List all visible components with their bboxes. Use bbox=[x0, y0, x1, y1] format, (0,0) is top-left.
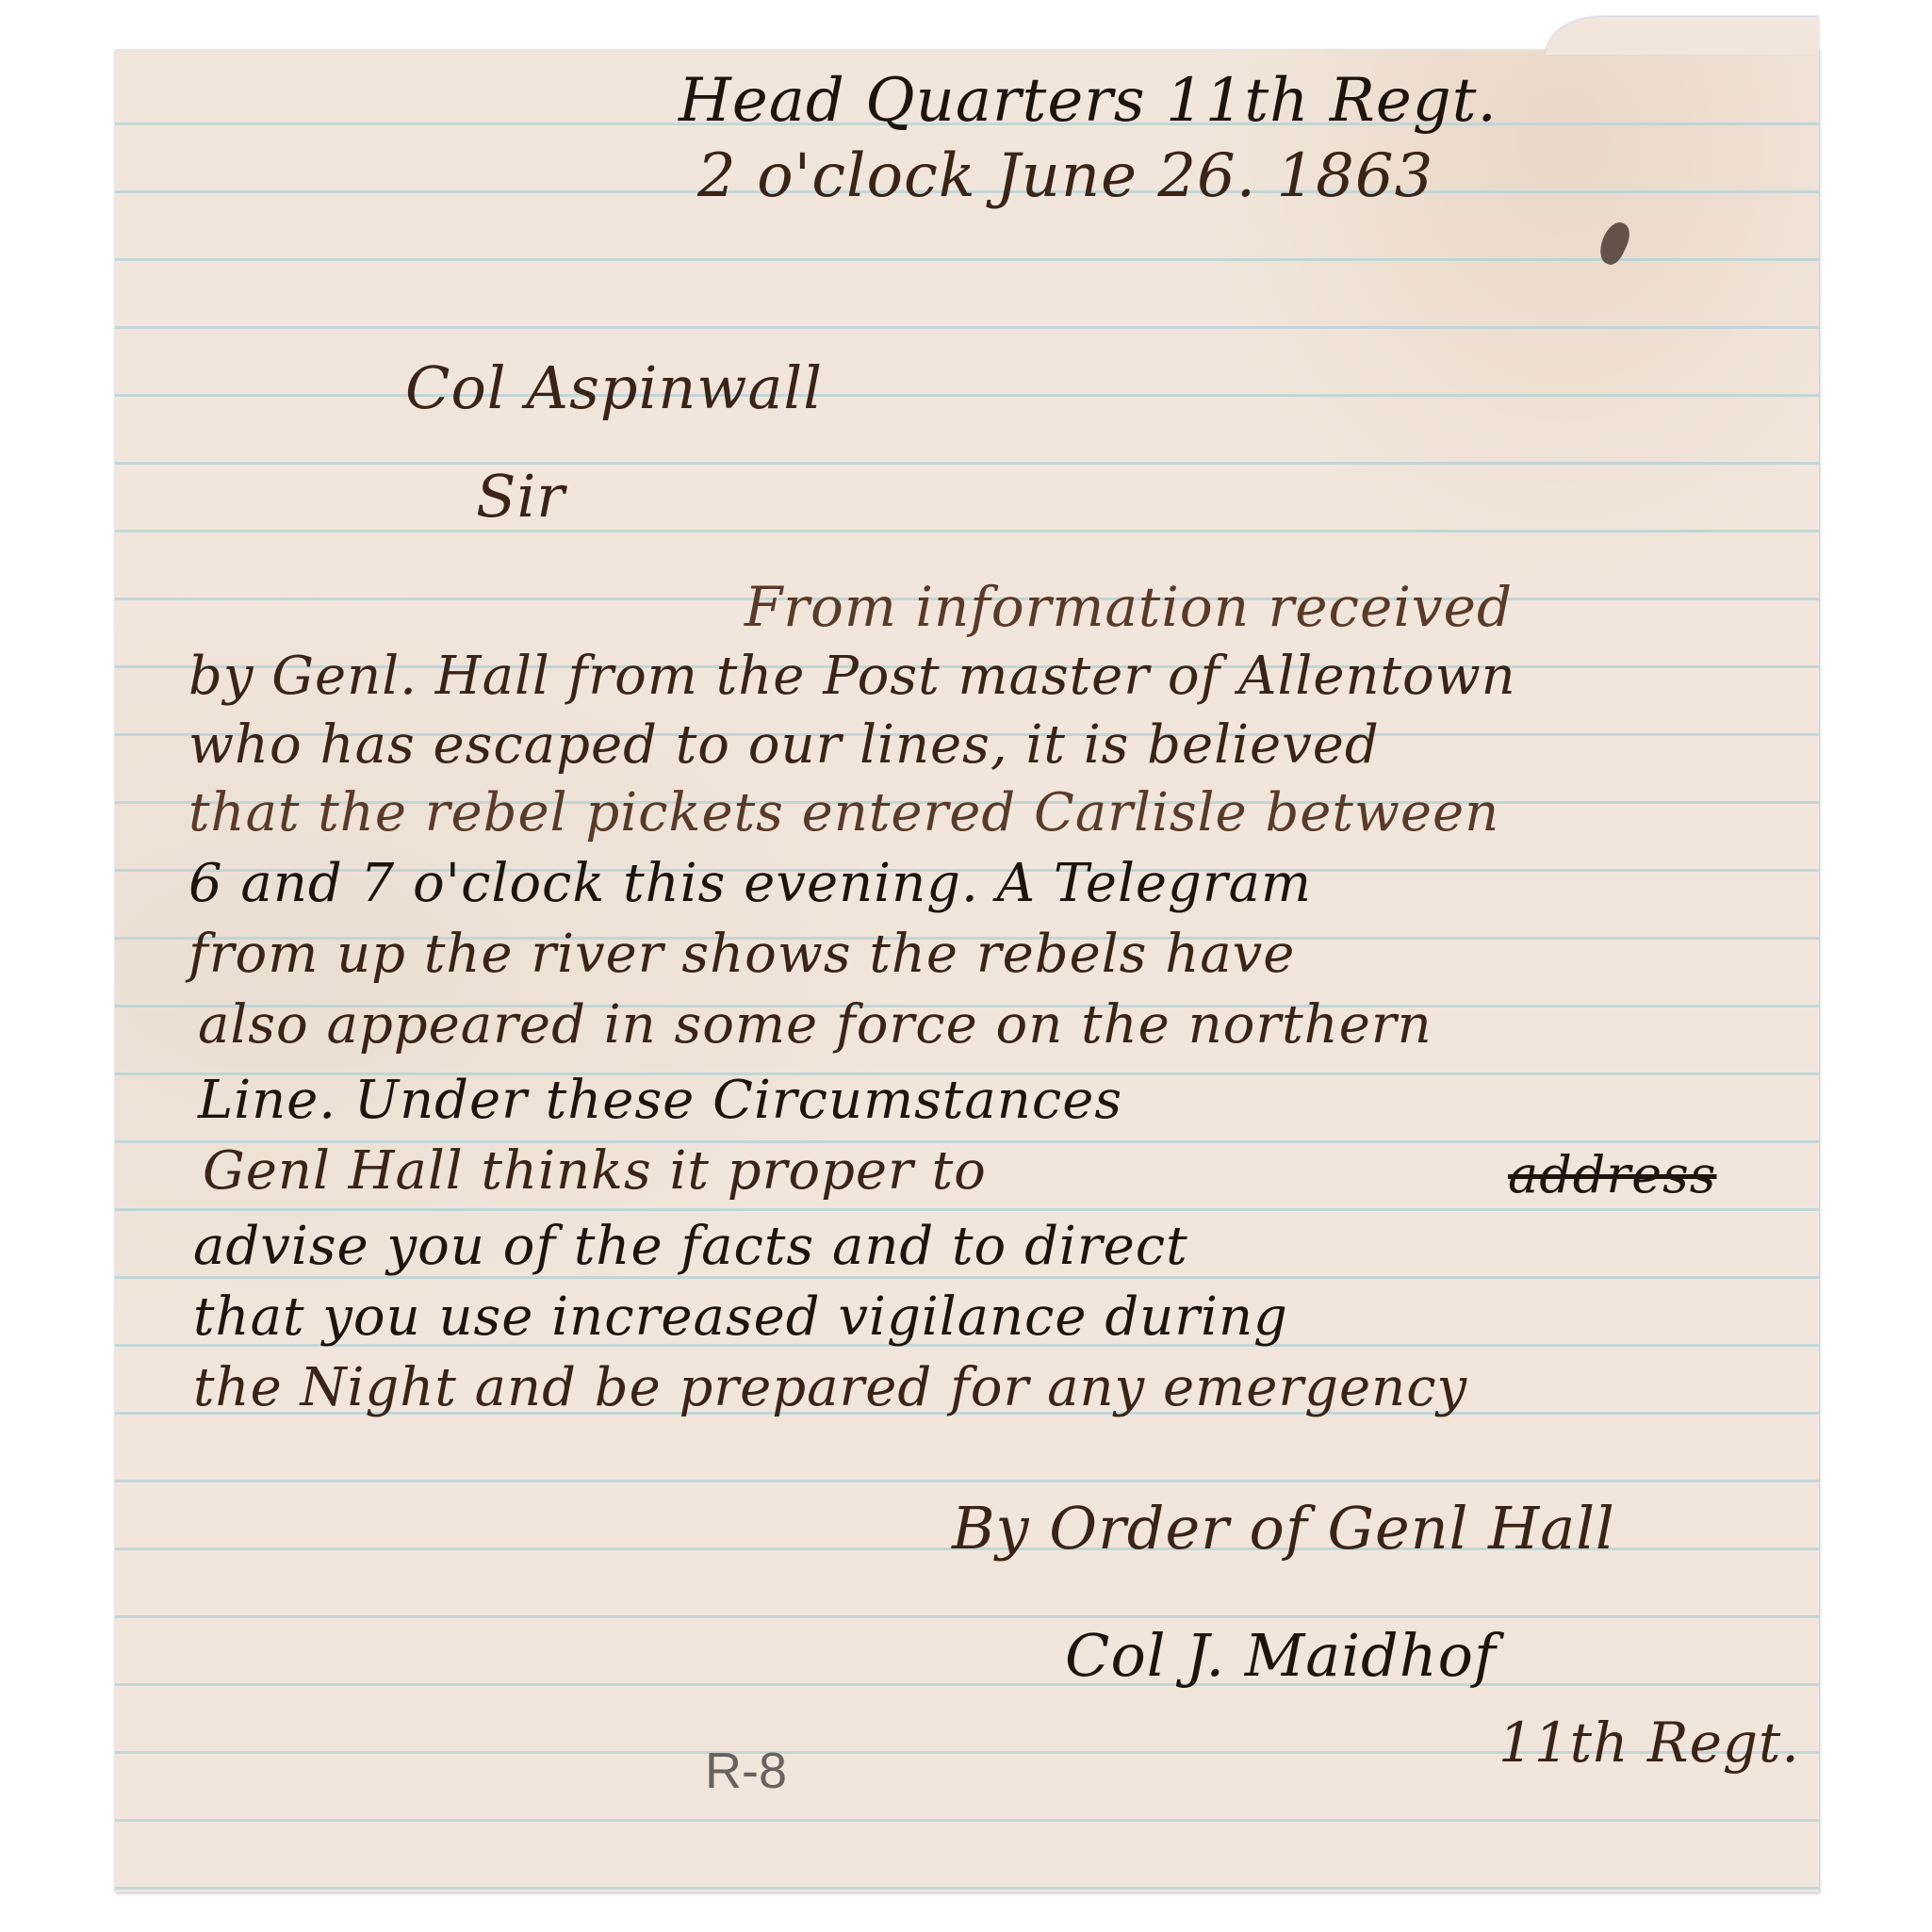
body-line: From information received bbox=[745, 575, 1513, 639]
body-line: Line. Under these Circumstances bbox=[198, 1070, 1122, 1131]
addressee: Col Aspinwall bbox=[405, 353, 823, 422]
struck-word: address bbox=[1508, 1145, 1717, 1204]
rule-line bbox=[115, 1887, 1819, 1890]
heading-line-2: 2 o'clock June 26. 1863 bbox=[697, 141, 1433, 211]
rule-line bbox=[115, 394, 1819, 397]
body-line: also appeared in some force on the north… bbox=[198, 994, 1433, 1056]
body-line: the Night and be prepared for any emerge… bbox=[193, 1357, 1467, 1418]
rule-line bbox=[115, 530, 1819, 532]
body-line: that you use increased vigilance during bbox=[193, 1286, 1288, 1348]
body-line: 6 and 7 o'clock this evening. A Telegram bbox=[188, 853, 1312, 914]
rule-line bbox=[115, 1480, 1819, 1482]
rule-line bbox=[115, 462, 1819, 465]
rule-line bbox=[115, 1683, 1819, 1686]
body-line: advise you of the facts and to direct bbox=[193, 1216, 1188, 1277]
signature-unit: 11th Regt. bbox=[1498, 1711, 1800, 1775]
body-line: that the rebel pickets entered Carlisle … bbox=[188, 782, 1499, 843]
body-line: who has escaped to our lines, it is beli… bbox=[188, 714, 1380, 776]
rule-line bbox=[115, 326, 1819, 329]
signature: Col J. Maidhof bbox=[1065, 1621, 1497, 1690]
heading-line-1: Head Quarters 11th Regt. bbox=[679, 66, 1498, 136]
rule-line bbox=[115, 258, 1819, 261]
greeting: Sir bbox=[476, 462, 565, 531]
rule-line bbox=[115, 1208, 1819, 1211]
rule-line bbox=[115, 1819, 1819, 1822]
body-line: by Genl. Hall from the Post master of Al… bbox=[188, 646, 1516, 707]
paper-torn-corner bbox=[1546, 17, 1819, 55]
archival-pencil-mark: R-8 bbox=[705, 1742, 787, 1800]
closing-line: By Order of Genl Hall bbox=[952, 1494, 1615, 1563]
body-line: from up the river shows the rebels have bbox=[188, 924, 1295, 985]
rule-line bbox=[115, 1615, 1819, 1618]
body-line: Genl Hall thinks it proper to bbox=[203, 1140, 987, 1202]
